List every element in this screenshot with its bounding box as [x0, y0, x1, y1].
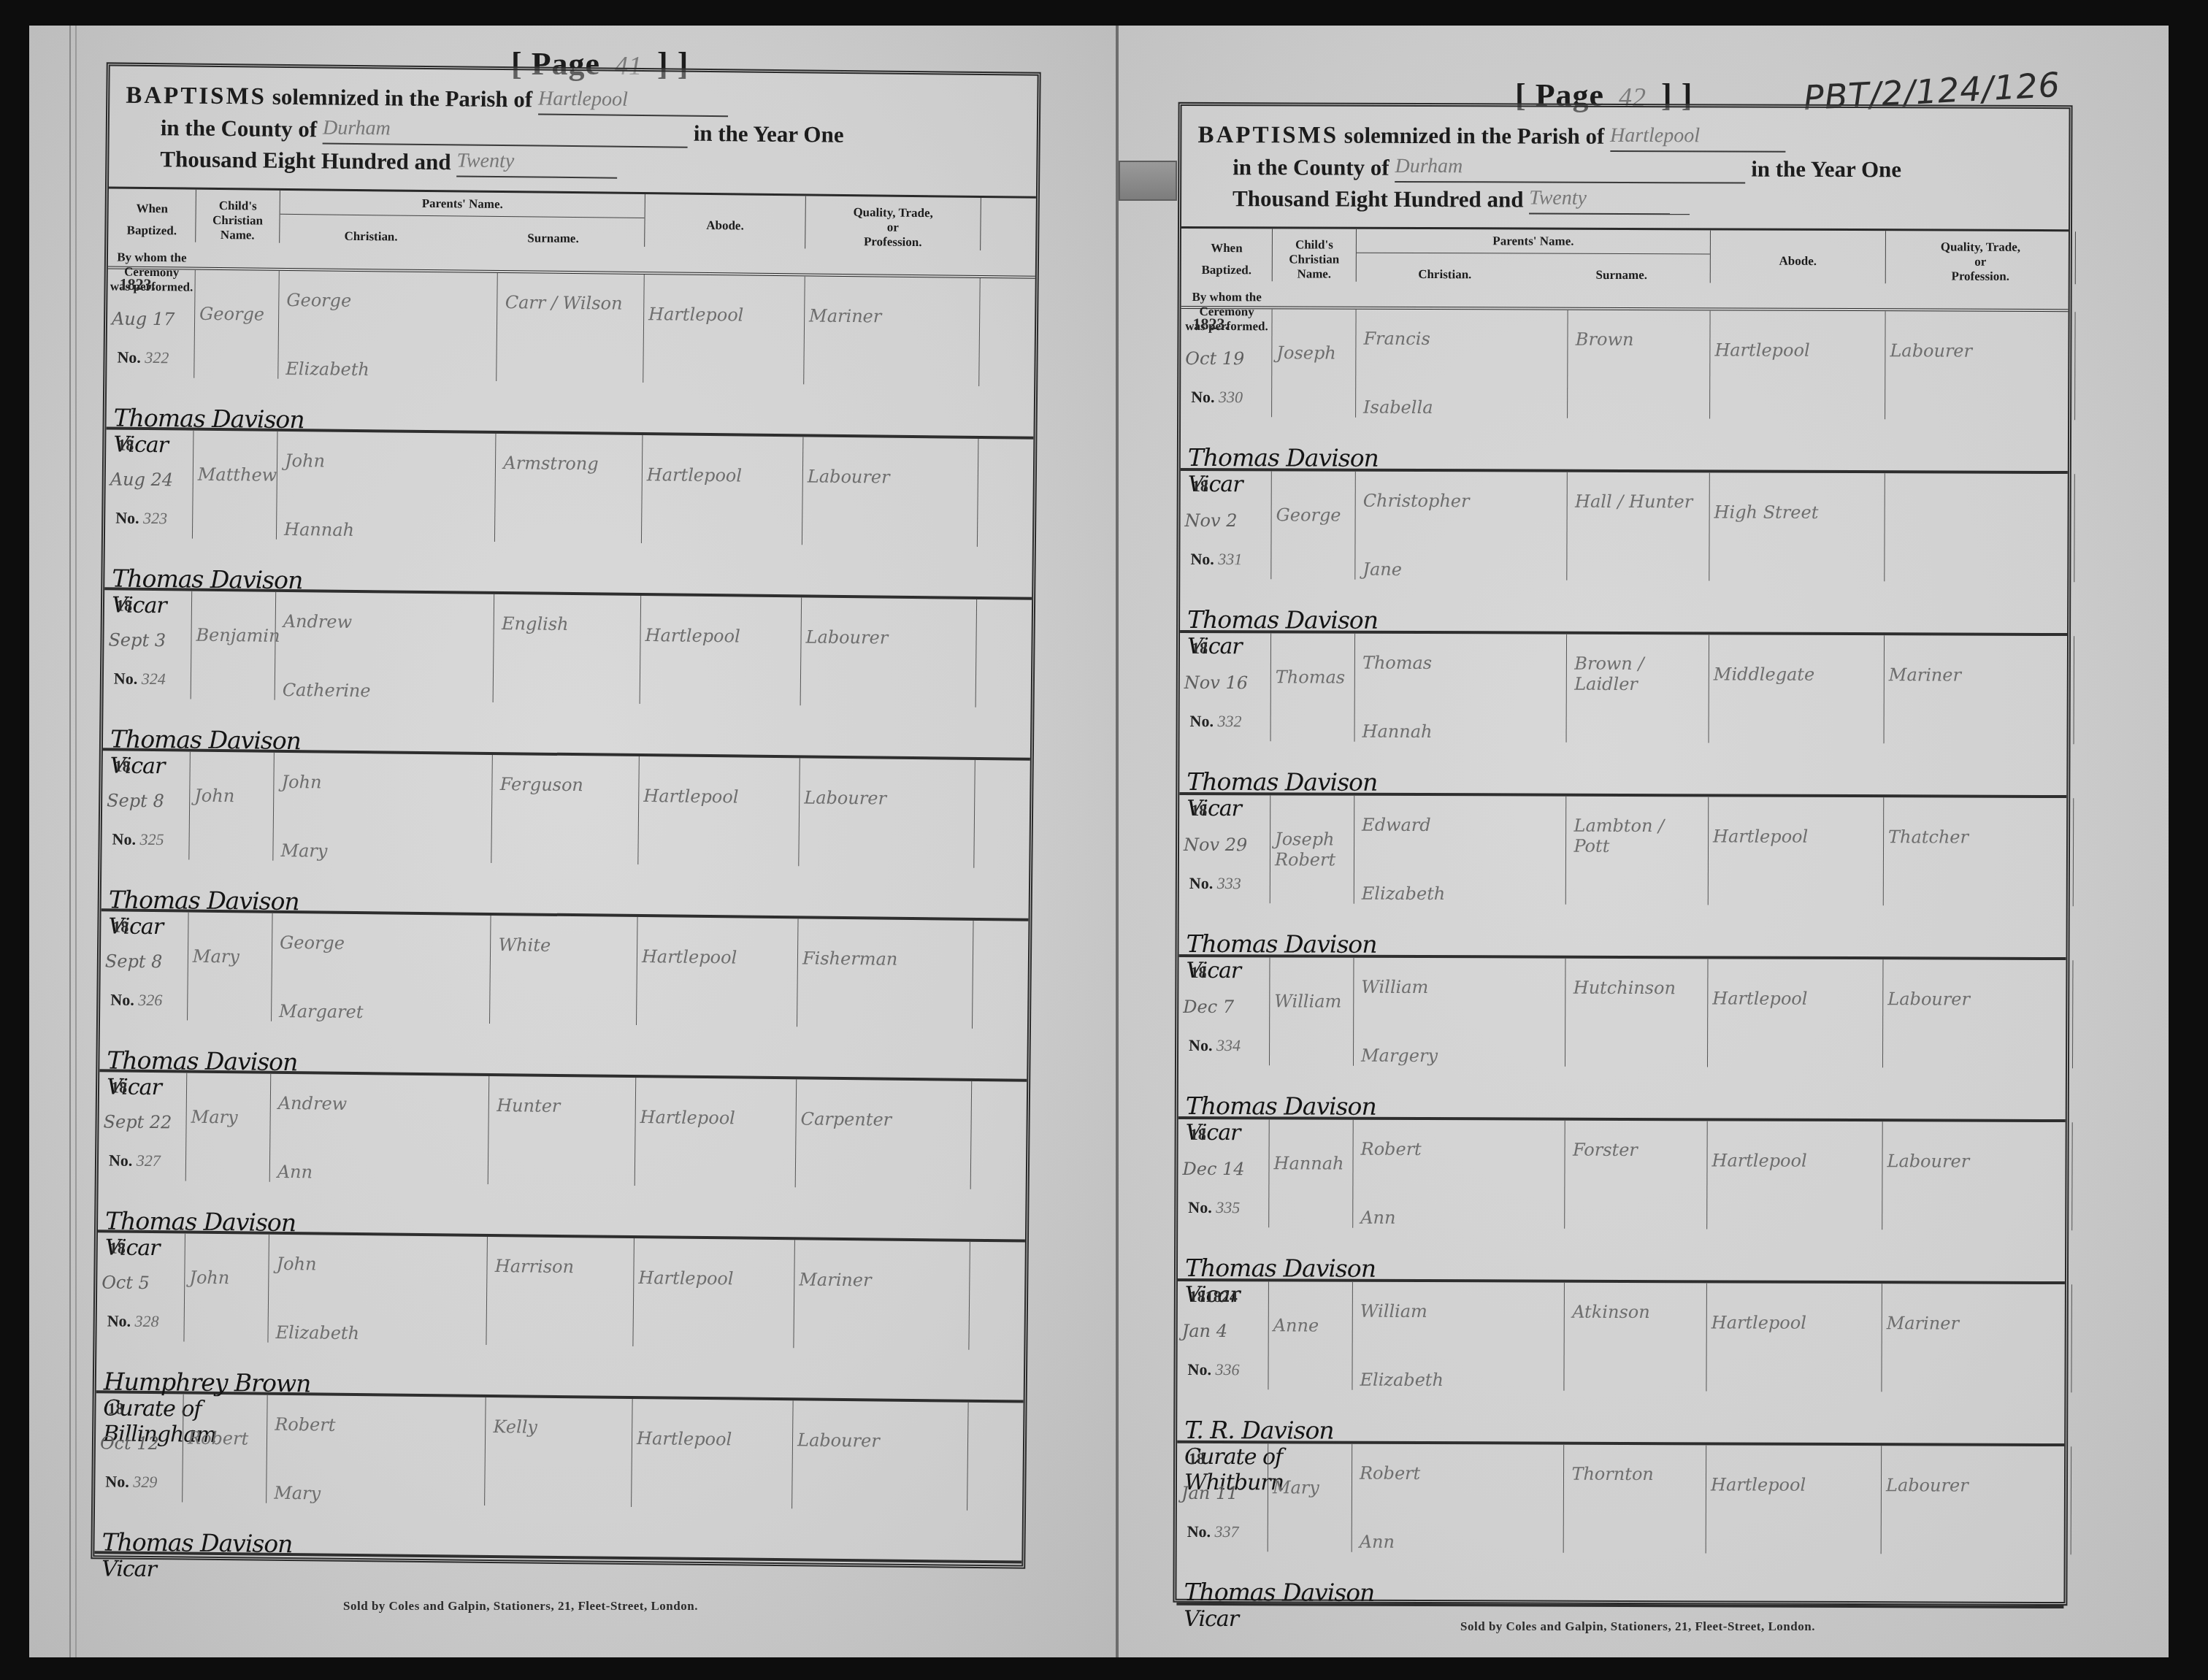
- parents-christian: JohnElizabeth: [268, 1235, 488, 1345]
- col-when-baptized: WhenBaptized.: [1181, 229, 1273, 281]
- quality-trade: Carpenter: [796, 1079, 973, 1189]
- heading-baptisms: BAPTISMS: [126, 83, 267, 110]
- father-name: John: [281, 772, 321, 793]
- quality-trade: Fisherman: [797, 918, 974, 1029]
- col-parents-name: Parents' Name. Christian. Surname.: [280, 191, 645, 247]
- parents-surname: Lambton / Pott: [1566, 797, 1708, 905]
- mother-name: Elizabeth: [285, 358, 491, 381]
- register-heading: BAPTISMS solemnized in the Parish of Har…: [1181, 106, 2069, 231]
- entry-number: No. 336: [1187, 1360, 1239, 1379]
- officiant-cell: Thomas DavisonVicar: [1176, 1551, 1268, 1638]
- entry-year: 18: [1192, 477, 1208, 496]
- county-field: Durham: [1395, 151, 1745, 184]
- register-entry: 18Nov 16No. 332ThomasThomasHannahBrown /…: [1179, 633, 2067, 798]
- when-baptized-cell: 18Oct 5No. 328: [96, 1232, 185, 1341]
- parents-christian: ChristopherJane: [1355, 472, 1568, 580]
- entry-number: No. 330: [1191, 388, 1243, 407]
- parents-cell: ChristopherJaneHall / Hunter: [1355, 472, 1710, 581]
- entry-year: 18: [111, 1078, 127, 1097]
- abode: High Street: [1709, 472, 1885, 581]
- entry-number: No. 326: [110, 990, 162, 1010]
- col-abode: Abode.: [1711, 230, 1886, 283]
- father-name: Francis: [1363, 329, 1430, 349]
- printer-imprint: Sold by Coles and Galpin, Stationers, 21…: [1460, 1619, 1815, 1634]
- parents-cell: WilliamMargeryHutchinson: [1354, 958, 1709, 1067]
- quality-trade: [1885, 473, 2075, 582]
- parish-field: Hartlepool: [538, 84, 728, 118]
- abode: Hartlepool: [1710, 310, 1886, 419]
- father-name: Thomas: [1362, 653, 1432, 673]
- child-name: Thomas: [1271, 633, 1356, 741]
- officiant-signature: Thomas Davison: [1188, 443, 1268, 472]
- right-entries: 1823.Oct 19No. 330JosephFrancisIsabellaB…: [1176, 309, 2068, 1608]
- county-label: in the County of: [1233, 154, 1389, 180]
- entry-number: No. 322: [117, 348, 169, 368]
- abode: Hartlepool: [643, 275, 805, 384]
- register-entry: 18Sept 3No. 324BenjaminAndrewCatherineEn…: [103, 590, 1032, 760]
- when-baptized-cell: 18Nov 2No. 331: [1180, 471, 1272, 579]
- entry-number: No. 327: [109, 1151, 161, 1170]
- mother-name: Mary: [280, 840, 486, 863]
- when-baptized-cell: 18Dec 14No. 335: [1178, 1119, 1270, 1227]
- col-when-baptized: WhenBaptized.: [108, 188, 196, 242]
- child-name: George: [194, 270, 280, 379]
- when-baptized-cell: 18Nov 29No. 333: [1179, 795, 1271, 903]
- col-quality: Quality, Trade,orProfession.: [1886, 231, 2076, 284]
- father-name: Edward: [1362, 815, 1431, 835]
- parents-christian: AndrewAnn: [270, 1074, 490, 1184]
- quality-trade: Labourer: [1882, 1121, 2073, 1230]
- register-entry: 18Nov 2No. 331GeorgeChristopherJaneHall …: [1180, 471, 2068, 636]
- parents-christian: EdwardElizabeth: [1354, 796, 1567, 905]
- heading-baptisms: BAPTISMS: [1197, 122, 1338, 149]
- register-entry: 181824Jan 4No. 336AnneWilliamElizabethAt…: [1177, 1281, 2065, 1446]
- when-baptized-cell: 18Sept 22No. 327: [99, 1072, 188, 1181]
- entry-number: No. 329: [105, 1472, 157, 1492]
- mother-name: Jane: [1362, 559, 1560, 580]
- abode: Hartlepool: [642, 435, 804, 545]
- officiant-signature: Thomas Davison: [1185, 1254, 1265, 1282]
- printer-imprint: Sold by Coles and Galpin, Stationers, 21…: [343, 1599, 698, 1614]
- entry-year: 18: [107, 1399, 123, 1418]
- mother-name: Mary: [274, 1483, 479, 1506]
- abode: Hartlepool: [632, 1399, 794, 1508]
- officiant-signature: Thomas Davison: [112, 564, 188, 593]
- register-entry: 18Dec 7No. 334WilliamWilliamMargeryHutch…: [1178, 957, 2066, 1122]
- entry-year: 181824: [1189, 1287, 1238, 1306]
- entry-year: 18: [1190, 1125, 1206, 1144]
- entry-year: 1823.: [1192, 315, 1229, 334]
- child-name: Robert: [183, 1395, 268, 1503]
- mother-name: Margery: [1361, 1046, 1559, 1067]
- child-name: Benjamin: [191, 591, 277, 700]
- quality-trade: Labourer: [799, 758, 975, 868]
- entry-year: 18: [1191, 801, 1207, 820]
- entry-number: No. 332: [1190, 712, 1242, 731]
- officiant-signature: Thomas Davison: [1187, 605, 1267, 634]
- child-name: John: [184, 1234, 269, 1343]
- entry-year: 18: [115, 757, 131, 776]
- parents-cell: AndrewCatherineEnglish: [275, 592, 642, 704]
- officiant-signature: Thomas Davison: [101, 1527, 177, 1557]
- officiant-signature: Thomas Davison: [113, 403, 189, 432]
- mother-name: Isabella: [1363, 397, 1561, 418]
- register-entry: 18Oct 12No. 329RobertRobertMaryKellyHart…: [94, 1393, 1023, 1563]
- parents-cell: JohnHannahArmstrong: [277, 431, 643, 543]
- officiant-signature: Thomas Davison: [1186, 929, 1265, 958]
- spine-tab: [1119, 161, 1177, 201]
- quality-trade: Labourer: [1885, 311, 2076, 420]
- year-label: in the Year One: [1751, 156, 1901, 183]
- register-entry: 18Dec 14No. 335HannahRobertAnnForsterHar…: [1178, 1119, 2066, 1284]
- officiant-signature: Thomas Davison: [110, 724, 186, 753]
- year-label: in the Year One: [694, 120, 844, 147]
- parents-surname: Kelly: [485, 1397, 632, 1507]
- child-name: George: [1271, 471, 1356, 579]
- when-baptized-cell: 18Sept 3No. 324: [104, 590, 193, 699]
- child-name: Joseph Robert: [1270, 795, 1355, 903]
- officiant-role: Vicar: [101, 1556, 177, 1582]
- parents-cell: GeorgeMargaretWhite: [272, 913, 638, 1025]
- quality-trade: Mariner: [794, 1240, 970, 1350]
- abode: Middlegate: [1709, 634, 1885, 743]
- entry-number: No. 324: [114, 670, 166, 689]
- child-name: Hannah: [1269, 1119, 1354, 1227]
- heading-parish-label: solemnized in the Parish of: [272, 84, 533, 112]
- parents-christian: GeorgeMargaret: [272, 913, 491, 1024]
- parents-cell: ThomasHannahBrown / Laidler: [1355, 634, 1710, 743]
- mother-name: Catherine: [283, 680, 488, 702]
- register-heading: BAPTISMS solemnized in the Parish of Har…: [109, 66, 1038, 198]
- child-name: Mary: [188, 913, 273, 1021]
- abode: Hartlepool: [1707, 1121, 1883, 1230]
- entry-number: No. 328: [107, 1311, 159, 1331]
- child-name: William: [1270, 957, 1354, 1065]
- officiant-signature: Thomas Davison: [109, 885, 185, 914]
- col-parents-name: Parents' Name. Christian. Surname.: [1357, 229, 1711, 283]
- entry-year: 18: [1192, 639, 1208, 658]
- register-entry: 18Jan 11No. 337MaryRobertAnnThorntonHart…: [1176, 1443, 2064, 1608]
- parents-cell: RobertAnnThornton: [1352, 1444, 1707, 1554]
- parents-christian: JohnMary: [273, 753, 493, 863]
- when-baptized-cell: 18Aug 24No. 323: [105, 429, 194, 538]
- register-entry: 1823.Aug 17No. 322GeorgeGeorgeElizabethC…: [107, 269, 1035, 439]
- year-field: Twenty: [1529, 183, 1690, 215]
- parents-surname: Ferguson: [492, 755, 639, 864]
- child-name: John: [189, 752, 275, 861]
- child-name: Matthew: [193, 431, 278, 540]
- quality-trade: Mariner: [1885, 635, 2075, 744]
- col-quality: Quality, Trade,orProfession.: [805, 196, 981, 250]
- father-name: William: [1360, 1301, 1427, 1322]
- parents-surname: Hutchinson: [1565, 959, 1707, 1067]
- register-entry: 18Nov 29No. 333Joseph RobertEdwardElizab…: [1179, 795, 2067, 960]
- entry-number: No. 335: [1188, 1198, 1240, 1217]
- child-name: Joseph: [1272, 309, 1357, 417]
- when-baptized-cell: 1823.Aug 17No. 322: [107, 269, 196, 377]
- thousand-label: Thousand Eight Hundred and: [160, 146, 451, 174]
- when-baptized-cell: 18Jan 11No. 337: [1177, 1443, 1269, 1551]
- parents-surname: Thornton: [1564, 1445, 1706, 1554]
- parents-cell: FrancisIsabellaBrown: [1356, 310, 1711, 419]
- entry-number: No. 334: [1189, 1036, 1241, 1055]
- entry-year: 18: [112, 918, 129, 937]
- officiant-signature: Thomas Davison: [1184, 1578, 1263, 1606]
- parents-cell: RobertAnnForster: [1353, 1120, 1708, 1230]
- mother-name: Ann: [1360, 1532, 1557, 1553]
- abode: Hartlepool: [637, 917, 799, 1027]
- register-entry: 18Sept 22No. 327MaryAndrewAnnHunterHartl…: [98, 1072, 1027, 1242]
- quality-trade: Labourer: [802, 437, 979, 547]
- officiant-signature: Humphrey Brown: [104, 1367, 180, 1396]
- parents-christian: ThomasHannah: [1355, 634, 1568, 743]
- entry-number: No. 331: [1190, 550, 1242, 569]
- when-baptized-cell: 18Oct 12No. 329: [95, 1393, 184, 1502]
- heading-parish-label: solemnized in the Parish of: [1344, 123, 1605, 149]
- column-headers: WhenBaptized. Child'sChristian Name. Par…: [108, 188, 1036, 278]
- quality-trade: Labourer: [801, 597, 978, 707]
- parents-surname: Carr / Wilson: [497, 273, 644, 383]
- mother-name: Elizabeth: [1362, 883, 1560, 905]
- left-register-table: BAPTISMS solemnized in the Parish of Har…: [91, 62, 1040, 1568]
- mother-name: Margaret: [279, 1001, 484, 1024]
- father-name: Andrew: [283, 611, 353, 632]
- thousand-label: Thousand Eight Hundred and: [1233, 185, 1523, 212]
- parents-cell: GeorgeElizabethCarr / Wilson: [278, 271, 645, 383]
- father-name: Christopher: [1363, 491, 1470, 512]
- county-label: in the County of: [161, 115, 318, 142]
- parish-field: Hartlepool: [1610, 120, 1785, 153]
- officiant-signature: Thomas Davison: [105, 1206, 181, 1235]
- parents-surname: Brown / Laidler: [1567, 634, 1709, 743]
- entry-year: 18: [118, 436, 134, 455]
- parents-christian: JohnHannah: [277, 431, 497, 542]
- entry-year: 1823.: [119, 275, 156, 295]
- register-entry: 18Oct 5No. 328JohnJohnElizabethHarrisonH…: [96, 1232, 1025, 1403]
- parents-christian: WilliamElizabeth: [1352, 1282, 1565, 1391]
- abode: Hartlepool: [1706, 1445, 1882, 1554]
- entry-number: No. 337: [1187, 1522, 1239, 1541]
- parents-surname: Hunter: [488, 1076, 635, 1186]
- parents-cell: RobertMaryKelly: [267, 1395, 633, 1507]
- abode: Hartlepool: [638, 756, 800, 866]
- father-name: Robert: [1360, 1463, 1420, 1484]
- father-name: Robert: [1361, 1139, 1422, 1159]
- right-register-table: BAPTISMS solemnized in the Parish of Har…: [1173, 102, 2072, 1606]
- officiant-signature: T. R. Davison: [1184, 1416, 1264, 1444]
- parents-surname: Forster: [1565, 1121, 1707, 1230]
- register-entry: 18Aug 24No. 323MatthewJohnHannahArmstron…: [104, 429, 1033, 599]
- year-field: Twenty: [456, 145, 617, 178]
- when-baptized-cell: 181824Jan 4No. 336: [1177, 1281, 1269, 1389]
- parents-christian: RobertMary: [267, 1395, 486, 1506]
- column-headers: WhenBaptized. Child'sChristian Name. Par…: [1181, 229, 2069, 312]
- parents-cell: WilliamElizabethAtkinson: [1352, 1282, 1707, 1392]
- quality-trade: Labourer: [1882, 1446, 2072, 1554]
- abode: Hartlepool: [1709, 797, 1885, 905]
- entry-number: No. 323: [115, 509, 167, 529]
- abode: Hartlepool: [633, 1238, 795, 1348]
- when-baptized-cell: 1823.Oct 19No. 330: [1181, 309, 1273, 417]
- entry-number: No. 325: [112, 829, 164, 849]
- officiant-signature: Thomas Davison: [1186, 1092, 1265, 1120]
- mother-name: Hannah: [1362, 721, 1560, 743]
- officiant-signature: Thomas Davison: [107, 1046, 183, 1075]
- col-child-name: Child'sChristian Name.: [1273, 229, 1357, 281]
- father-name: Robert: [275, 1414, 335, 1435]
- col-child-name: Child'sChristian Name.: [196, 190, 280, 243]
- father-name: Andrew: [278, 1093, 348, 1114]
- child-name: Mary: [1268, 1443, 1353, 1551]
- abode: Hartlepool: [635, 1078, 797, 1187]
- parents-christian: FrancisIsabella: [1356, 310, 1568, 418]
- when-baptized-cell: 18Sept 8No. 325: [101, 751, 191, 859]
- mother-name: Elizabeth: [275, 1322, 480, 1345]
- parents-christian: RobertAnn: [1353, 1120, 1565, 1229]
- entry-year: 18: [1190, 963, 1206, 982]
- father-name: John: [276, 1254, 316, 1275]
- county-field: Durham: [323, 112, 688, 147]
- father-name: George: [280, 932, 345, 954]
- register-entry: 1823.Oct 19No. 330JosephFrancisIsabellaB…: [1181, 309, 2069, 474]
- parents-cell: AndrewAnnHunter: [270, 1074, 637, 1186]
- quality-trade: Mariner: [1882, 1284, 2072, 1392]
- quality-trade: Mariner: [804, 276, 981, 386]
- parents-cell: JohnMaryFerguson: [273, 753, 640, 864]
- parents-christian: WilliamMargery: [1354, 958, 1566, 1067]
- left-entries: 1823.Aug 17No. 322GeorgeGeorgeElizabethC…: [94, 269, 1035, 1563]
- quality-trade: Labourer: [792, 1400, 969, 1511]
- parents-cell: JohnElizabethHarrison: [268, 1235, 635, 1346]
- parents-surname: Hall / Hunter: [1568, 472, 1709, 581]
- entry-year: 18: [1189, 1449, 1205, 1468]
- when-baptized-cell: 18Nov 16No. 332: [1180, 633, 1272, 741]
- mother-name: Ann: [1360, 1208, 1558, 1229]
- when-baptized-cell: 18Dec 7No. 334: [1178, 957, 1270, 1065]
- book-spine: [1116, 26, 1119, 1657]
- mother-name: Hannah: [284, 519, 489, 542]
- father-name: George: [286, 290, 351, 311]
- entry-year: 18: [110, 1238, 126, 1257]
- parents-christian: GeorgeElizabeth: [278, 271, 498, 381]
- parents-surname: English: [494, 594, 640, 704]
- officiant-signature: Thomas Davison: [1187, 767, 1266, 796]
- parents-cell: EdwardElizabethLambton / Pott: [1354, 796, 1709, 905]
- parents-surname: White: [490, 916, 637, 1025]
- parents-surname: Brown: [1568, 310, 1709, 419]
- quality-trade: Thatcher: [1884, 797, 2074, 906]
- abode: Hartlepool: [640, 596, 802, 705]
- register-entry: 18Sept 8No. 325JohnJohnMaryFergusonHartl…: [101, 751, 1030, 921]
- mother-name: Elizabeth: [1360, 1370, 1557, 1391]
- parents-surname: Armstrong: [495, 434, 642, 543]
- parents-christian: AndrewCatherine: [275, 592, 495, 702]
- mother-name: Ann: [277, 1162, 483, 1184]
- officiant-cell: Thomas DavisonVicar: [94, 1501, 183, 1588]
- entry-number: No. 333: [1189, 874, 1241, 893]
- father-name: William: [1361, 977, 1428, 997]
- register-entry: 18Sept 8No. 326MaryGeorgeMargaretWhiteHa…: [99, 911, 1028, 1081]
- quality-trade: Labourer: [1883, 959, 2074, 1068]
- parents-surname: Harrison: [487, 1237, 634, 1346]
- col-abode: Abode.: [645, 194, 806, 248]
- child-name: Anne: [1268, 1281, 1353, 1389]
- when-baptized-cell: 18Sept 8No. 326: [100, 911, 189, 1020]
- officiant-role: Vicar: [1184, 1606, 1263, 1632]
- child-name: Mary: [186, 1073, 272, 1182]
- parents-christian: RobertAnn: [1352, 1444, 1565, 1553]
- abode: Hartlepool: [1706, 1283, 1882, 1392]
- entry-year: 18: [116, 597, 132, 615]
- abode: Hartlepool: [1708, 959, 1884, 1067]
- parents-surname: Atkinson: [1565, 1283, 1706, 1392]
- father-name: John: [285, 450, 325, 472]
